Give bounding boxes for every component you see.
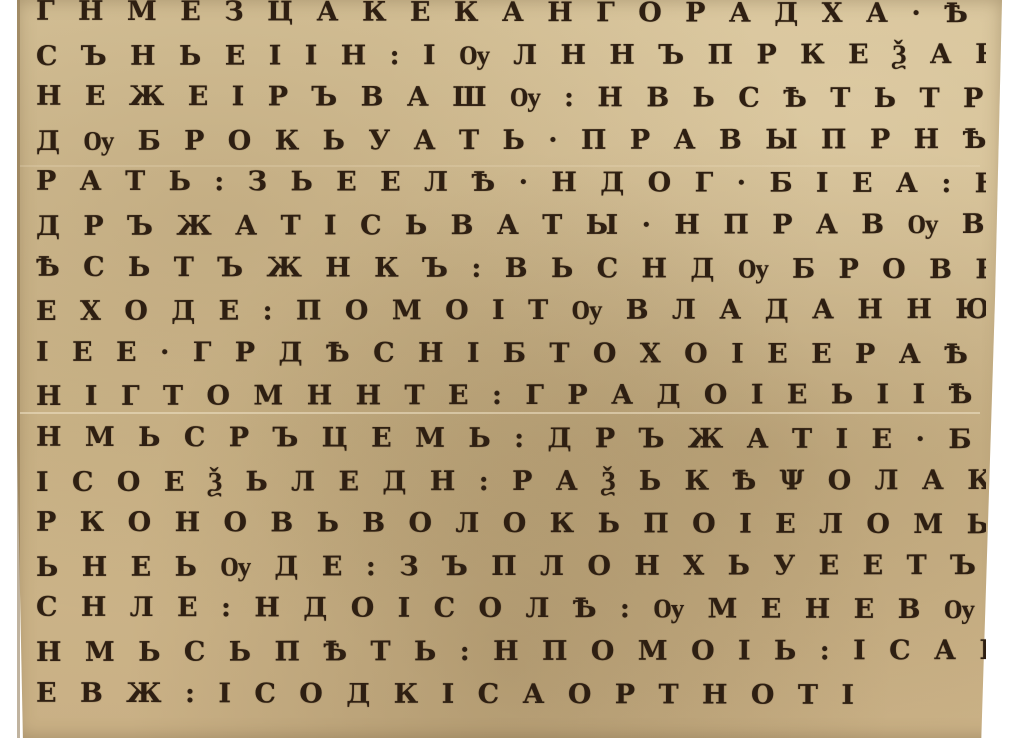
- manuscript-line-5: Р А Т Ь : З Ь Е Е Л Ѣ · Н Д О Г · Б І Е …: [36, 161, 986, 206]
- manuscript-line-10: Н І Г Т О М Н Н Т Е : Г Р А Д О І Е Ь І …: [36, 374, 986, 419]
- manuscript-line-1: Г Н М Е З Ц А К Е К А Н Г О Р А Д Х А · …: [36, 0, 986, 36]
- manuscript-line-6: Д Р Ъ Ж А Т І С Ь В А Т Ы · Н П Р А В Ѹ …: [36, 204, 986, 249]
- manuscript-line-12: І С О Е Ѯ Ь Л Е Д Н : Р А Ѯ Ь К Ѣ Ψ О Л …: [36, 460, 986, 505]
- manuscript-line-7: Ѣ С Ь Т Ъ Ж Н К Ъ : В Ь С Н Д Ѹ Б Р О В …: [36, 246, 986, 291]
- manuscript-line-17: Е В Ж : І С О Д К І С А О Р Т Н О Т І: [36, 672, 986, 717]
- manuscript-line-3: Н Е Ж Е І Р Ъ В А Ш Ѹ : Н В Ь С Ѣ Т Ь Т …: [36, 76, 986, 121]
- manuscript-line-11: Н М Ь С Р Ъ Ц Е М Ь : Д Р Ъ Ж А Т І Е · …: [36, 417, 986, 462]
- manuscript-line-13: Р К О Н О В Ь В О Л О К Ь П О І Е Л О М …: [36, 502, 986, 547]
- manuscript-line-9: І Е Е · Г Р Д Ѣ С Н І Б Т О Х О І Е Е Р …: [36, 332, 986, 377]
- manuscript-line-8: Е Х О Д Е : П О М О І Т Ѹ В Л А Д А Н Н …: [36, 289, 986, 334]
- manuscript-text: Г Н М Е З Ц А К Е К А Н Г О Р А Д Х А · …: [36, 0, 986, 716]
- manuscript-line-4: Д Ѹ Б Р О К Ь У А Т Ь · П Р А В Ы П Р Н …: [36, 119, 986, 164]
- manuscript-line-2: С Ъ Н Ь Е І І Н : І Ѹ Л Н Н Ъ П Р К Е Ѯ …: [36, 34, 986, 79]
- manuscript-line-14: Ь Н Е Ь Ѹ Д Е : З Ъ П Л О Н Х Ь У Е Е Т …: [36, 545, 986, 590]
- manuscript-line-15: С Н Л Е : Н Д О І С О Л Ѣ : Ѹ М Е Н Е В …: [36, 587, 986, 632]
- parchment-left-edge: [17, 0, 20, 738]
- manuscript-line-16: Н М Ь С Ь П Ѣ Т Ь : Н П О М О І Ь : І С …: [36, 630, 986, 675]
